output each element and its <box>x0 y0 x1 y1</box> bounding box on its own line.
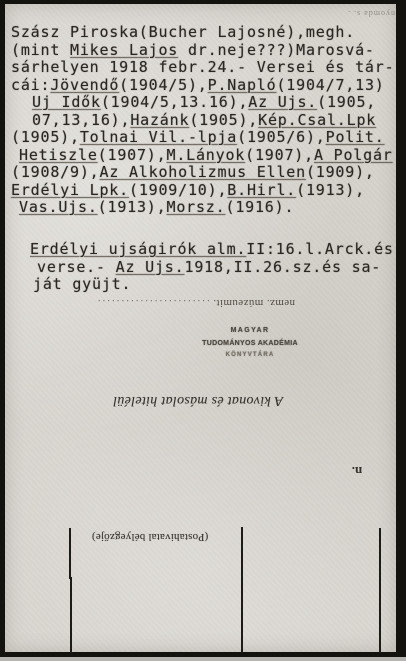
underlined-title: Hazánk <box>130 111 189 129</box>
typed-text: (1904/5,13.16), <box>101 93 248 111</box>
stamp-line-magyar: MAGYAR <box>195 327 305 334</box>
underlined-title: Erdélyi ujságirók alm. <box>30 240 246 258</box>
typed-text: (1905), <box>189 111 258 129</box>
underlined-title: Az Ujs. <box>116 258 185 276</box>
typed-paragraph-biography: Szász Piroska(Bucher Lajosné),megh.(mint… <box>11 24 394 217</box>
typed-text: dr.neje???)Marosvá- <box>178 41 375 59</box>
typed-line: Hetiszle(1907),M.Lányok(1907),A Polgár <box>11 147 394 165</box>
underlined-title: Hetiszle <box>19 146 98 164</box>
typed-text: cái: <box>11 76 50 94</box>
stamp-line-konyvtara: KÖNYVTÁRA <box>195 352 305 358</box>
form-rule-left-lower <box>70 577 72 653</box>
form-rule-right <box>379 528 381 653</box>
typed-text: (1913), <box>296 181 365 199</box>
underlined-title: Kép.Csal.Lpk <box>258 111 376 129</box>
underlined-title: Morsz. <box>166 198 225 216</box>
typed-line: Szász Piroska(Bucher Lajosné),megh. <box>11 24 394 42</box>
typed-text: sárhelyen 1918 febr.24.- Versei és tár- <box>11 58 394 76</box>
underlined-title: M.Lányok <box>166 146 245 164</box>
underlined-title: Jövendő <box>50 76 119 94</box>
typed-text: (1908/9), <box>11 163 99 181</box>
typed-text: verse.- <box>37 258 116 276</box>
typed-text: ját gyüjt. <box>33 275 131 293</box>
stamp-line-akademia: TUDOMÁNYOS AKADÉMIA <box>195 340 305 347</box>
typed-text: (1916). <box>225 198 294 216</box>
typed-text: 1918,II.26.sz.és sa- <box>184 258 381 276</box>
underlined-title: Erdélyi Lpk. <box>11 181 129 199</box>
typed-line: 07,13,16),Hazánk(1905),Kép.Csal.Lpk <box>11 112 394 130</box>
typed-text: 07,13,16), <box>32 111 130 129</box>
underlined-title: Polit. <box>326 128 385 146</box>
catalog-card: nyomda s. . Szász Piroska(Bucher Lajosné… <box>5 4 396 652</box>
underlined-title: Vas.Ujs. <box>19 198 98 216</box>
typed-paragraph-sources: Erdélyi ujságirók alm.II:16.l.Arck.ésver… <box>30 241 394 294</box>
typed-text: (1909), <box>306 163 375 181</box>
underlined-title: B.Hirl. <box>227 181 296 199</box>
underlined-title: Mikes Lajos <box>70 41 178 59</box>
scan-edge-strip <box>0 657 406 661</box>
underlined-title: Az Ujs. <box>248 93 317 111</box>
n-mark: n. <box>347 465 367 479</box>
underlined-title: Tolnai Vil.-lpja <box>80 128 237 146</box>
typed-text: (1905, <box>317 93 376 111</box>
underlined-title: P.Napló <box>208 76 277 94</box>
typed-text: (1904/5), <box>119 76 207 94</box>
typed-line: (1905),Tolnai Vil.-lpja(1905/6),Polit. <box>11 129 394 147</box>
typed-text: Szász Piroska(Bucher Lajosné),megh. <box>11 23 355 41</box>
corner-print-note: nyomda s. . <box>323 6 395 18</box>
typed-line: Vas.Ujs.(1913),Morsz.(1916). <box>11 199 394 217</box>
typed-line: ját gyüjt. <box>30 276 394 294</box>
typed-text: (mint <box>11 41 70 59</box>
library-stamp: MAGYAR TUDOMÁNYOS AKADÉMIA KÖNYVTÁRA <box>195 327 305 358</box>
museum-leader-row: nemz. múzeumit. ........................ <box>93 295 295 309</box>
postal-stamp-note: (Postahivatal bélyegzője) <box>63 527 237 543</box>
typed-text: (1907), <box>98 146 167 164</box>
typed-text: (1905), <box>11 128 80 146</box>
typed-text: (1907), <box>245 146 314 164</box>
attestation-note: A kivonat és másolat hiteléül <box>91 390 305 408</box>
form-rule-middle <box>241 527 243 653</box>
typed-line: (mint Mikes Lajos dr.neje???)Marosvá- <box>11 42 394 60</box>
form-rule-left-upper <box>69 528 71 579</box>
typed-line: (1908/9),Az Alkoholizmus Ellen(1909), <box>11 164 394 182</box>
typed-text: (1904/7,13) <box>276 76 384 94</box>
typed-line: Erdélyi Lpk.(1909/10),B.Hirl.(1913), <box>11 182 394 200</box>
typed-text: (1913), <box>98 198 167 216</box>
underlined-title: Az Alkoholizmus Ellen <box>99 163 305 181</box>
dotted-leader-line: ........................ <box>96 297 210 309</box>
typed-text: (1909/10), <box>129 181 227 199</box>
typed-text: (1905/6), <box>237 128 325 146</box>
underlined-title: A Polgár <box>314 146 393 164</box>
underlined-title: Uj Idők <box>32 93 101 111</box>
museum-note-text: nemz. múzeumit. <box>210 297 295 309</box>
typed-line: Erdélyi ujságirók alm.II:16.l.Arck.és <box>30 241 394 259</box>
typed-line: verse.- Az Ujs.1918,II.26.sz.és sa- <box>30 259 394 277</box>
typed-line: cái:Jövendő(1904/5),P.Napló(1904/7,13) <box>11 77 394 95</box>
typed-line: Uj Idők(1904/5,13.16),Az Ujs.(1905, <box>11 94 394 112</box>
typed-text: II:16.l.Arck.és <box>246 240 393 258</box>
typed-line: sárhelyen 1918 febr.24.- Versei és tár- <box>11 59 394 77</box>
